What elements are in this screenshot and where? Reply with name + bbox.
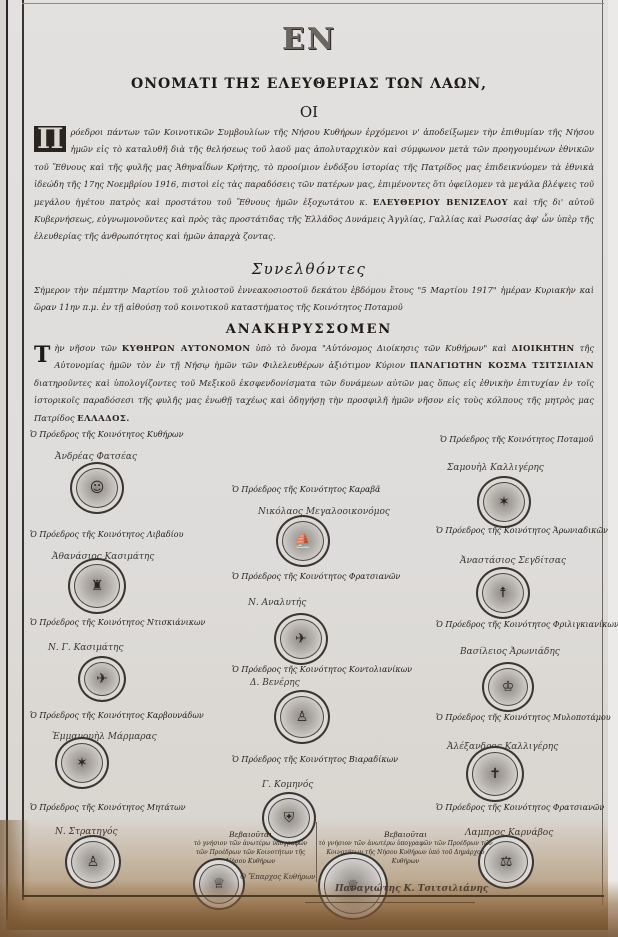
proclamation-dropcap: Τ (34, 342, 50, 368)
seal-portrait-icon: ☺ (70, 462, 124, 514)
attestation-title: Βεβαιοῦται (188, 830, 313, 839)
signatory-label: Ὁ Πρόεδρος τῆς Κοινότητος Μυλοποτάμου (436, 713, 611, 722)
signatory-label: Ὁ Πρόεδρος τῆς Κοινότητος Κυθήρων (30, 430, 183, 439)
attestation-line: τὸ γνήσιον τῶν ἀνωτέρω ὑπογραφῶν τῶν Προ… (318, 839, 493, 848)
seal-eagle-icon: ✶ (477, 476, 531, 528)
convened-heading: Συνελθόντες (0, 260, 618, 278)
seal-bird-icon: ✈ (78, 656, 126, 702)
seal-bird-icon: ✈ (274, 613, 328, 665)
island-name: ΚΥΘΗΡΩΝ ΑΥΤΟΝΟΜΟΝ (122, 343, 251, 353)
frame-rule-top (22, 3, 604, 4)
signatory-label: Ὁ Πρόεδρος τῆς Κοινότητος Ποταμοῦ (440, 435, 593, 444)
proclamation-text: ὑπὸ τὸ ὄνομα "Αὐτόνομος Διοίκησις τῶν Κυ… (256, 343, 507, 353)
frame-rule-outer-left (6, 0, 8, 920)
signatory-signature: Δ. Βενέρης (250, 678, 300, 688)
addressee-heading: ΟΙ (0, 103, 618, 121)
signatory-label: Ὁ Πρόεδρος τῆς Κοινότητος Κοντολιανίκων (232, 665, 412, 674)
seal-standing-figure-icon: ♙ (274, 690, 330, 744)
attestation-title: Βεβαιοῦται (318, 830, 493, 839)
seal-crowned-shield-icon: ♔ (482, 662, 534, 712)
signatory-label: Ὁ Πρόεδρος τῆς Κοινότητος Φριλιγκιανίκων (436, 620, 618, 629)
paper-stain-bottom (0, 880, 618, 937)
attestation-line: τῶν Προέδρων τῶν Κοινοτήτων τῆς (188, 848, 313, 857)
signatory-signature: Γ. Κομηνός (262, 780, 313, 790)
seal-double-eagle-icon: ☨ (476, 567, 530, 619)
signatory-signature: Ἀνδρέας Φατσέας (55, 452, 137, 462)
signatory-label: Ὁ Πρόεδρος τῆς Κοινότητος Μητάτων (30, 803, 186, 812)
signatory-label: Ὁ Πρόεδρος τῆς Κοινότητος Καραβᾶ (232, 485, 380, 494)
paper-stain-left (0, 820, 30, 937)
frame-rule-bottom (22, 895, 604, 897)
signatory-label: Ὁ Πρόεδρος τῆς Κοινότητος Ντισκιάνικων (30, 618, 205, 627)
signatory-signature: Ἀναστάσιος Σεγδίτσας (460, 556, 566, 566)
convened-paragraph: Σήμερον τὴν πέμπτην Μαρτίου τοῦ χιλιοστο… (34, 282, 594, 317)
background-edge (608, 0, 618, 937)
document-subtitle: ΟΝΟΜΑΤΙ ΤΗΣ ΕΛΕΥΘΕΡΙΑΣ ΤΩΝ ΛΑΩΝ, (0, 76, 618, 92)
seal-saint-icon: ✝ (466, 746, 524, 802)
preamble-dropcap: Π (34, 126, 66, 152)
country-name: ΕΛΛΑΔΟΣ. (77, 413, 130, 423)
signatory-signature: Βασίλειος Ἀρωνιάδης (460, 647, 560, 657)
governor-name: ΠΑΝΑΓΙΩΤΗΝ ΚΟΣΜΑ ΤΣΙΤΣΙΛΙΑΝ (410, 360, 594, 370)
signatory-signature: Ν. Αναλυτής (248, 598, 306, 608)
frame-rule-inner-left (22, 0, 24, 900)
document-title: ΕΝ (0, 22, 618, 57)
signatory-label: Ὁ Πρόεδρος τῆς Κοινότητος Λιβαδίου (30, 530, 183, 539)
governor-role: ΔΙΟΙΚΗΤΗΝ (512, 343, 575, 353)
convened-text: Σήμερον τὴν πέμπτην Μαρτίου τοῦ χιλιοστο… (34, 285, 594, 312)
venizelos-name: ΕΛΕΥΘΕΡΙΟΥ ΒΕΝΙΖΕΛΟΥ (373, 197, 508, 207)
proclamation-paragraph: Τ ὴν νῆσον τῶν ΚΥΘΗΡΩΝ ΑΥΤΟΝΟΜΟΝ ὑπὸ τὸ … (34, 340, 594, 427)
seal-figure-icon: ♜ (68, 558, 126, 614)
seal-ship-icon: ⛵ (276, 515, 330, 567)
signatory-label: Ὁ Πρόεδρος τῆς Κοινότητος Ἀρωνιαδικῶν (436, 526, 608, 535)
attestation-divider (316, 822, 317, 882)
signatory-label: Ὁ Πρόεδρος τῆς Κοινότητος Φρατσιανῶν (232, 572, 400, 581)
signatory-signature: Ν. Γ. Κασιμάτης (48, 643, 123, 653)
frame-rule-right (602, 0, 603, 905)
proclaim-heading: ΑΝΑΚΗΡΥΣΣΟΜΕΝ (0, 322, 618, 337)
seal-eagle-icon: ✶ (55, 737, 109, 789)
signatory-signature: Σαμουὴλ Καλλιγέρης (447, 463, 544, 473)
signatory-signature: Νικόλαος Μεγαλοοικονόμος (258, 507, 390, 517)
proclamation-text: ὴν νῆσον τῶν (54, 343, 117, 353)
signatory-label: Ὁ Πρόεδρος τῆς Κοινότητος Καρβουνάδων (30, 711, 204, 720)
preamble-paragraph: Π ρόεδροι πάντων τῶν Κοινοτικῶν Συμβουλί… (34, 124, 594, 246)
attestation-line: τὸ γνήσιον τῶν ἀνωτέρω ὑπογραφῶν (188, 839, 313, 848)
preamble-text: ρόεδροι πάντων τῶν Κοινοτικῶν Συμβουλίων… (34, 127, 594, 207)
signatory-label: Ὁ Πρόεδρος τῆς Κοινότητος Φρατσιανῶν (436, 803, 604, 812)
signatory-label: Ὁ Πρόεδρος τῆς Κοινότητος Βιαραδίκων (232, 755, 398, 764)
